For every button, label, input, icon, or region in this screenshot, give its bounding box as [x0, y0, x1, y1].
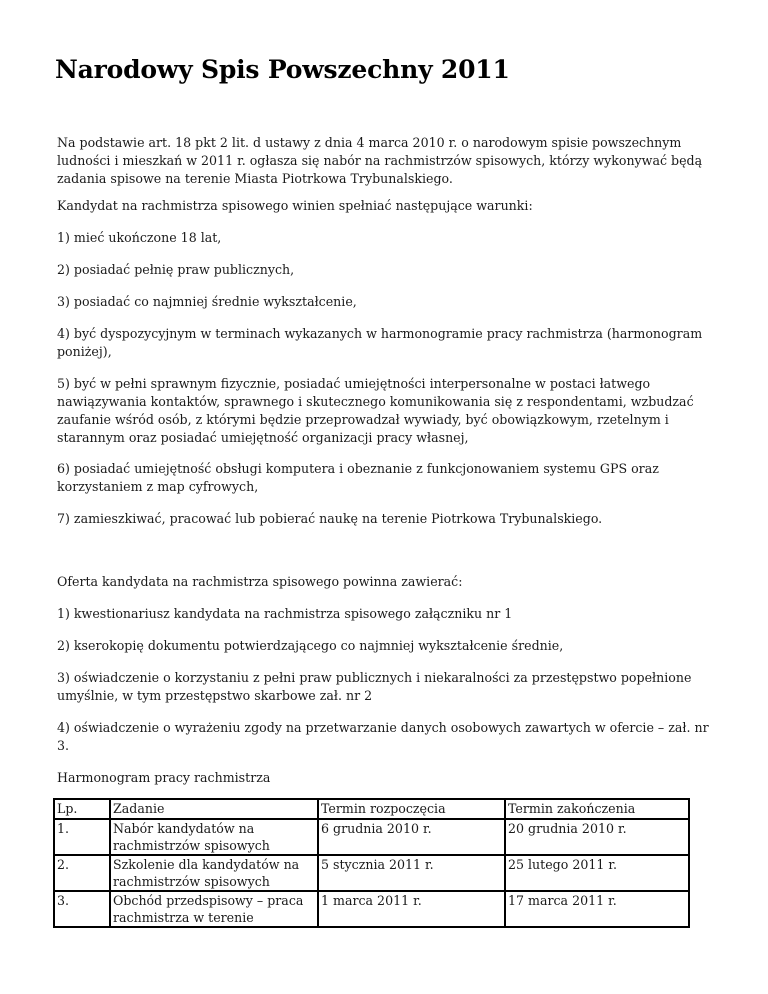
requirement-item: 3) posiadać co najmniej średnie wykształ… — [57, 293, 717, 311]
table-cell: 5 stycznia 2011 r. — [318, 855, 505, 891]
column-header: Lp. — [54, 799, 110, 819]
table-cell: Szkolenie dla kandydatów na rachmistrzów… — [110, 855, 318, 891]
requirement-item: 5) być w pełni sprawnym fizycznie, posia… — [57, 375, 717, 447]
document-title: Narodowy Spis Powszechny 2011 — [55, 52, 510, 88]
table-cell: 1 marca 2011 r. — [318, 891, 505, 927]
table-row: 1. Nabór kandydatów na rachmistrzów spis… — [54, 819, 689, 855]
column-header: Zadanie — [110, 799, 318, 819]
table-cell: 25 lutego 2011 r. — [505, 855, 689, 891]
table-row: 2. Szkolenie dla kandydatów na rachmistr… — [54, 855, 689, 891]
table-cell: 17 marca 2011 r. — [505, 891, 689, 927]
requirement-item: 4) być dyspozycyjnym w terminach wykazan… — [57, 325, 717, 361]
table-cell: 1. — [54, 819, 110, 855]
intro-paragraph: Na podstawie art. 18 pkt 2 lit. d ustawy… — [57, 134, 717, 188]
requirements-heading: Kandydat na rachmistrza spisowego winien… — [57, 197, 717, 215]
requirement-item: 7) zamieszkiwać, pracować lub pobierać n… — [57, 510, 717, 528]
table-cell: Obchód przedspisowy – praca rachmistrza … — [110, 891, 318, 927]
table-cell: 3. — [54, 891, 110, 927]
table-cell: Nabór kandydatów na rachmistrzów spisowy… — [110, 819, 318, 855]
offer-item: 3) oświadczenie o korzystaniu z pełni pr… — [57, 669, 717, 705]
schedule-table: Lp. Zadanie Termin rozpoczęcia Termin za… — [53, 798, 690, 928]
table-cell: 6 grudnia 2010 r. — [318, 819, 505, 855]
column-header: Termin rozpoczęcia — [318, 799, 505, 819]
table-header-row: Lp. Zadanie Termin rozpoczęcia Termin za… — [54, 799, 689, 819]
requirement-item: 1) mieć ukończone 18 lat, — [57, 229, 717, 247]
requirement-item: 2) posiadać pełnię praw publicznych, — [57, 261, 717, 279]
schedule-heading: Harmonogram pracy rachmistrza — [57, 769, 717, 787]
table-cell: 20 grudnia 2010 r. — [505, 819, 689, 855]
offer-item: 4) oświadczenie o wyrażeniu zgody na prz… — [57, 719, 717, 755]
offer-item: 2) kserokopię dokumentu potwierdzającego… — [57, 637, 717, 655]
table-cell: 2. — [54, 855, 110, 891]
requirement-item: 6) posiadać umiejętność obsługi komputer… — [57, 460, 717, 496]
offer-heading: Oferta kandydata na rachmistrza spisoweg… — [57, 573, 717, 591]
offer-item: 1) kwestionariusz kandydata na rachmistr… — [57, 605, 717, 623]
table-row: 3. Obchód przedspisowy – praca rachmistr… — [54, 891, 689, 927]
column-header: Termin zakończenia — [505, 799, 689, 819]
